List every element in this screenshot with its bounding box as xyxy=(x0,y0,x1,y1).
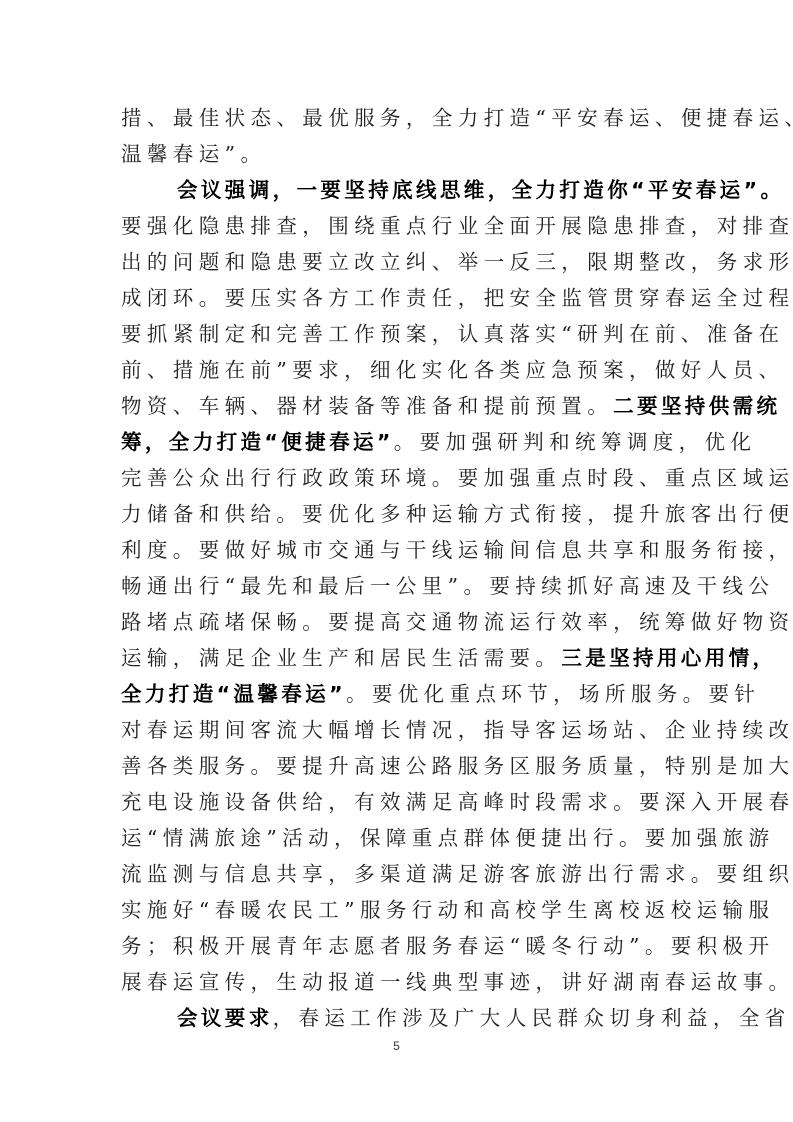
text-segment: 路堵点疏堵保畅。要提高交通物流运行效率，统筹做好物资 xyxy=(121,610,793,634)
text-segment: 。要加强研判和统筹调度，优化 xyxy=(394,430,757,454)
bold-text-segment: 二要坚持供需统 xyxy=(613,394,780,418)
bold-text-segment: 会议要求 xyxy=(177,1006,273,1030)
text-line: 完善公众出行行政政策环境。要加强重点时段、重点区域运 xyxy=(121,460,681,496)
text-segment: 充电设施设备供给，有效满足高峰时段需求。要深入开展春 xyxy=(121,790,793,814)
bold-text-segment: 三是坚持用心用情， xyxy=(561,646,776,670)
text-line: 善各类服务。要提升高速公路服务区服务质量，特别是加大 xyxy=(121,748,681,784)
text-segment: 温馨春运”。 xyxy=(121,142,266,166)
text-line: 运“情满旅途”活动，保障重点群体便捷出行。要加强旅游 xyxy=(121,820,681,856)
text-segment: 对春运期间客流大幅增长情况，指导客运场站、企业持续改 xyxy=(121,718,793,742)
bold-text-segment: 全力打造“温馨春运” xyxy=(121,682,346,706)
text-line: 要强化隐患排查，围绕重点行业全面开展隐患排查，对排查 xyxy=(121,208,681,244)
text-line: 要抓紧制定和完善工作预案，认真落实“研判在前、准备在 xyxy=(121,316,681,352)
text-segment: 善各类服务。要提升高速公路服务区服务质量，特别是加大 xyxy=(121,754,793,778)
text-line: 力储备和供给。要优化多种运输方式衔接，提升旅客出行便 xyxy=(121,496,681,532)
text-line: 会议强调，一要坚持底线思维，全力打造你“平安春运”。 xyxy=(121,172,681,208)
text-segment: ，春运工作涉及广大人民群众切身利益，全省 xyxy=(273,1006,791,1030)
text-segment: 展春运宣传，生动报道一线典型事迹，讲好湖南春运故事。 xyxy=(121,970,793,994)
bold-text-segment: 筹，全力打造“便捷春运” xyxy=(121,430,394,454)
text-segment: 力储备和供给。要优化多种运输方式衔接，提升旅客出行便 xyxy=(121,502,793,526)
text-segment: 利度。要做好城市交通与干线运输间信息共享和服务衔接， xyxy=(121,538,793,562)
text-segment: 。要优化重点环节，场所服务。要针 xyxy=(346,682,760,706)
text-line: 全力打造“温馨春运”。要优化重点环节，场所服务。要针 xyxy=(121,676,681,712)
text-line: 物资、车辆、器材装备等准备和提前预置。二要坚持供需统 xyxy=(121,388,681,424)
text-segment: 运输，满足企业生产和居民生活需要。 xyxy=(121,646,561,670)
text-line: 对春运期间客流大幅增长情况，指导客运场站、企业持续改 xyxy=(121,712,681,748)
text-segment: 务；积极开展青年志愿者服务春运“暖冬行动”。要积极开 xyxy=(121,934,774,958)
document-body: 措、最佳状态、最优服务，全力打造“平安春运、便捷春运、温馨春运”。会议强调，一要… xyxy=(121,100,681,1036)
text-line: 会议要求，春运工作涉及广大人民群众切身利益，全省 xyxy=(121,1000,681,1036)
text-line: 筹，全力打造“便捷春运”。要加强研判和统筹调度，优化 xyxy=(121,424,681,460)
text-line: 前、措施在前”要求，细化实化各类应急预案，做好人员、 xyxy=(121,352,681,388)
text-segment: 畅通出行“最先和最后一公里”。要持续抓好高速及干线公 xyxy=(121,574,774,598)
text-line: 路堵点疏堵保畅。要提高交通物流运行效率，统筹做好物资 xyxy=(121,604,681,640)
text-line: 务；积极开展青年志愿者服务春运“暖冬行动”。要积极开 xyxy=(121,928,681,964)
text-segment: 措、最佳状态、最优服务，全力打造“平安春运、便捷春运、 xyxy=(121,106,793,130)
text-segment: 出的问题和隐患要立改立纠、举一反三，限期整改，务求形 xyxy=(121,250,793,274)
text-segment: 前、措施在前”要求，细化实化各类应急预案，做好人员、 xyxy=(121,358,784,382)
text-line: 温馨春运”。 xyxy=(121,136,681,172)
text-line: 畅通出行“最先和最后一公里”。要持续抓好高速及干线公 xyxy=(121,568,681,604)
text-line: 运输，满足企业生产和居民生活需要。三是坚持用心用情， xyxy=(121,640,681,676)
text-line: 充电设施设备供给，有效满足高峰时段需求。要深入开展春 xyxy=(121,784,681,820)
text-line: 流监测与信息共享，多渠道满足游客旅游出行需求。要组织 xyxy=(121,856,681,892)
text-line: 实施好“春暖农民工”服务行动和高校学生离校返校运输服 xyxy=(121,892,681,928)
text-segment: 要强化隐患排查，围绕重点行业全面开展隐患排查，对排查 xyxy=(121,214,793,238)
text-line: 成闭环。要压实各方工作责任，把安全监管贯穿春运全过程。 xyxy=(121,280,681,316)
text-segment: 运“情满旅途”活动，保障重点群体便捷出行。要加强旅游 xyxy=(121,826,774,850)
text-line: 展春运宣传，生动报道一线典型事迹，讲好湖南春运故事。 xyxy=(121,964,681,1000)
text-segment: 成闭环。要压实各方工作责任，把安全监管贯穿春运全过程。 xyxy=(121,286,793,310)
text-segment: 物资、车辆、器材装备等准备和提前预置。 xyxy=(121,394,613,418)
text-line: 措、最佳状态、最优服务，全力打造“平安春运、便捷春运、 xyxy=(121,100,681,136)
text-segment: 完善公众出行行政政策环境。要加强重点时段、重点区域运 xyxy=(121,466,793,490)
text-line: 利度。要做好城市交通与干线运输间信息共享和服务衔接， xyxy=(121,532,681,568)
text-segment: 流监测与信息共享，多渠道满足游客旅游出行需求。要组织 xyxy=(121,862,793,886)
bold-text-segment: 会议强调，一要坚持底线思维，全力打造你“平安春运”。 xyxy=(177,178,784,202)
page-number: 5 xyxy=(0,1039,793,1053)
text-line: 出的问题和隐患要立改立纠、举一反三，限期整改，务求形 xyxy=(121,244,681,280)
document-page: 措、最佳状态、最优服务，全力打造“平安春运、便捷春运、温馨春运”。会议强调，一要… xyxy=(0,0,793,1122)
text-segment: 要抓紧制定和完善工作预案，认真落实“研判在前、准备在 xyxy=(121,322,784,346)
text-segment: 实施好“春暖农民工”服务行动和高校学生离校返校运输服 xyxy=(121,898,774,922)
